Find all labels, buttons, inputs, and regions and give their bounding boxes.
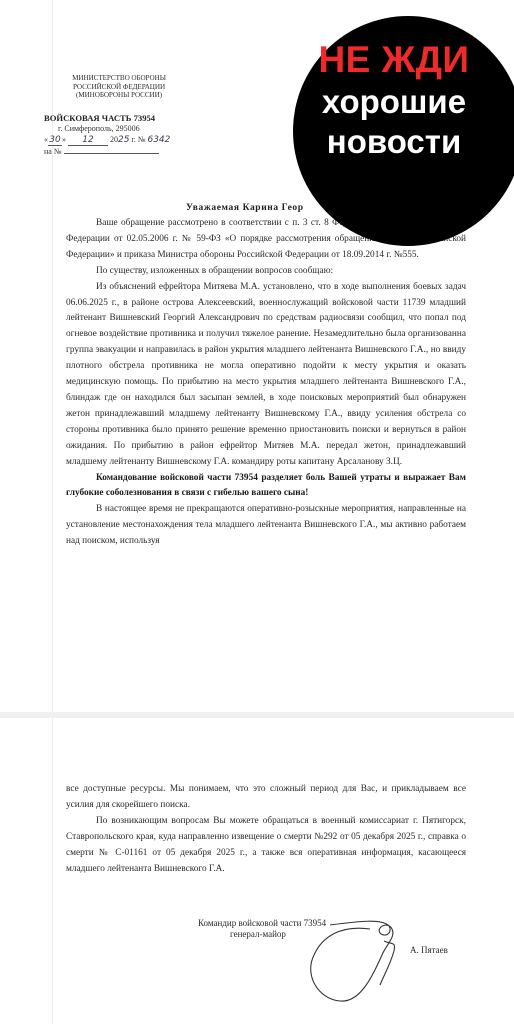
paragraph: Из объяснений ефрейтора Митяева М.А. уст…: [66, 280, 466, 471]
signatory-name: А. Пятаев: [410, 945, 448, 955]
salutation: Уважаемая Карина Геор: [186, 203, 304, 213]
scan-edge-line: [52, 718, 53, 1024]
overlay-badge-text: НЕ ЖДИ хорошие новости: [293, 40, 495, 162]
paragraph-continuation: все доступные ресурсы. Мы понимаем, что …: [66, 782, 466, 814]
handwritten-signature-icon: [300, 915, 410, 1015]
date-line: «30» 12 2025 г. № 6342: [44, 135, 170, 146]
unit-name: ВОЙСКОВАЯ ЧАСТЬ 73954: [44, 113, 155, 123]
reference-line: на №: [44, 147, 159, 156]
ministry-line: РОССИЙСКОЙ ФЕДЕРАЦИИ: [34, 83, 204, 92]
scan-edge-line: [52, 0, 53, 712]
date-day: 30: [48, 135, 62, 146]
overlay-line-2: хорошие: [293, 82, 495, 122]
date-year-unit: г. №: [131, 135, 145, 144]
reference-label: на №: [44, 147, 61, 156]
date-year-prefix: 20: [110, 135, 118, 144]
signatory-rank: генерал-майор: [230, 929, 286, 939]
date-year-suffix: 25: [118, 135, 129, 145]
letter-body-page-1: Ваше обращение рассмотрено в соответстви…: [66, 216, 466, 550]
ministry-header: МИНИСТЕРСТВО ОБОРОНЫ РОССИЙСКОЙ ФЕДЕРАЦИ…: [34, 74, 204, 100]
unit-city: г. Симферополь, 295006: [58, 124, 140, 133]
overlay-line-1: НЕ ЖДИ: [293, 40, 495, 80]
letter-body-page-2: все доступные ресурсы. Мы понимаем, что …: [66, 782, 466, 877]
outgoing-number: 6342: [147, 135, 170, 145]
paragraph: По существу, изложенных в обращении вопр…: [66, 264, 466, 280]
ministry-line: МИНИСТЕРСТВО ОБОРОНЫ: [34, 74, 204, 83]
letter-page-1: МИНИСТЕРСТВО ОБОРОНЫ РОССИЙСКОЙ ФЕДЕРАЦИ…: [0, 0, 514, 712]
ministry-line: (МИНОБОРОНЫ РОССИИ): [34, 91, 204, 100]
paragraph: По возникающим вопросам Вы можете обраща…: [66, 814, 466, 878]
paragraph: В настоящее время не прекращаются операт…: [66, 502, 466, 550]
date-month: 12: [68, 135, 108, 146]
overlay-line-3: новости: [293, 122, 495, 162]
condolence-paragraph: Командование войсковой части 73954 разде…: [66, 471, 466, 503]
reference-blank: [64, 153, 159, 154]
